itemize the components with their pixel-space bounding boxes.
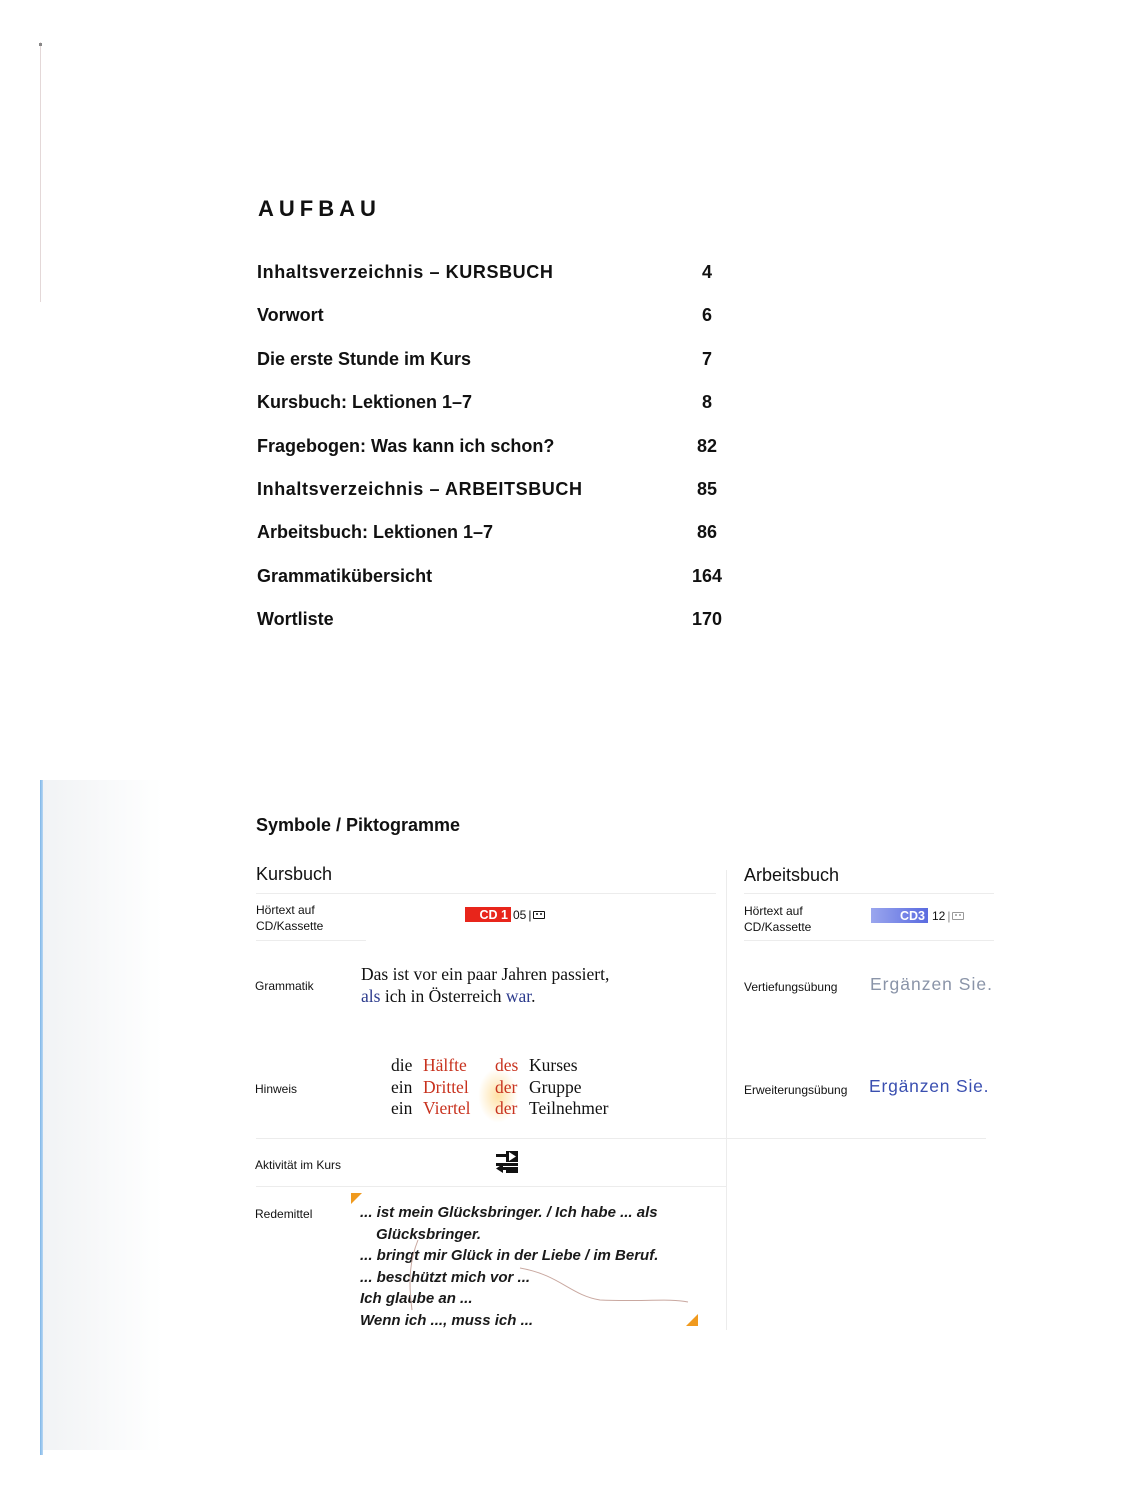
toc-entry[interactable]: Kursbuch: Lektionen 1–7 8 bbox=[257, 392, 727, 435]
separator: | bbox=[528, 908, 531, 922]
divider bbox=[256, 940, 366, 941]
aktivitaet-label: Aktivität im Kurs bbox=[255, 1157, 341, 1173]
toc-entry-page: 7 bbox=[687, 349, 727, 370]
highlight-word: war bbox=[506, 986, 531, 1006]
label-line: CD/Kassette bbox=[744, 919, 811, 935]
toc-entry-title: Inhaltsverzeichnis – ARBEITSBUCH bbox=[257, 479, 583, 500]
cassette-icon bbox=[533, 911, 545, 919]
toc-entry[interactable]: Wortliste 170 bbox=[257, 609, 727, 652]
word: die bbox=[391, 1055, 423, 1077]
toc-entry[interactable]: Inhaltsverzeichnis – ARBEITSBUCH 85 bbox=[257, 479, 727, 522]
divider bbox=[744, 940, 994, 941]
toc-entry-title: Inhaltsverzeichnis – KURSBUCH bbox=[257, 262, 553, 283]
vertiefung-label: Vertiefungsübung bbox=[744, 979, 837, 995]
cd-label: CD 1 bbox=[465, 907, 511, 922]
divider bbox=[256, 893, 716, 894]
toc-entry-title: Die erste Stunde im Kurs bbox=[257, 349, 471, 370]
toc-entry[interactable]: Fragebogen: Was kann ich schon? 82 bbox=[257, 436, 727, 479]
word: Teilnehmer bbox=[529, 1098, 608, 1120]
toc-entry-page: 164 bbox=[687, 566, 727, 587]
column-divider bbox=[726, 870, 727, 1330]
toc-entry-page: 4 bbox=[687, 262, 727, 283]
scan-hair-artifact bbox=[400, 1240, 700, 1320]
page-edge-mark bbox=[39, 43, 42, 46]
toc-entry[interactable]: Vorwort 6 bbox=[257, 305, 727, 348]
word: Kurses bbox=[529, 1055, 578, 1077]
arbeitsbuch-heading: Arbeitsbuch bbox=[744, 865, 839, 886]
highlight-word: des bbox=[495, 1055, 529, 1077]
toc-entry[interactable]: Inhaltsverzeichnis – KURSBUCH 4 bbox=[257, 262, 727, 305]
toc-entry-title: Wortliste bbox=[257, 609, 334, 630]
label-line: CD/Kassette bbox=[256, 918, 323, 934]
kursbuch-heading: Kursbuch bbox=[256, 864, 332, 885]
toc-entry-title: Kursbuch: Lektionen 1–7 bbox=[257, 392, 472, 413]
erweiterung-label: Erweiterungsübung bbox=[744, 1082, 847, 1098]
exchange-arrows-icon bbox=[495, 1150, 519, 1174]
separator: | bbox=[947, 909, 950, 923]
toc-entry-page: 86 bbox=[687, 522, 727, 543]
toc-entry-page: 85 bbox=[687, 479, 727, 500]
highlight-word: als bbox=[361, 986, 380, 1006]
toc-entry-title: Grammatikübersicht bbox=[257, 566, 432, 587]
text: ich in Österreich bbox=[380, 986, 505, 1006]
toc-entry-page: 82 bbox=[687, 436, 727, 457]
toc-entry-title: Arbeitsbuch: Lektionen 1–7 bbox=[257, 522, 493, 543]
cassette-icon bbox=[952, 912, 964, 920]
toc-entry-title: Vorwort bbox=[257, 305, 324, 326]
divider bbox=[256, 1186, 726, 1187]
highlight-word: Viertel bbox=[423, 1098, 495, 1120]
page-shadow bbox=[43, 780, 163, 1450]
highlight-word: Drittel bbox=[423, 1077, 495, 1099]
highlight-word: Hälfte bbox=[423, 1055, 495, 1077]
redemittel-line: ... ist mein Glücksbringer. / Ich habe .… bbox=[360, 1202, 658, 1224]
erweiterung-example: Ergänzen Sie. bbox=[869, 1076, 989, 1097]
track-number: 05 bbox=[513, 908, 526, 922]
highlight-word: der bbox=[495, 1098, 529, 1120]
toc-entry-page: 6 bbox=[687, 305, 727, 326]
toc-entry[interactable]: Die erste Stunde im Kurs 7 bbox=[257, 349, 727, 392]
cd-badge-arbeitsbuch: CD3 12 | bbox=[871, 908, 964, 923]
word: ein bbox=[391, 1077, 423, 1099]
label-line: Hörtext auf bbox=[256, 902, 323, 918]
grammatik-line-2: als ich in Österreich war. bbox=[361, 985, 609, 1007]
toc-entry[interactable]: Arbeitsbuch: Lektionen 1–7 86 bbox=[257, 522, 727, 565]
corner-marker-icon bbox=[686, 1314, 698, 1326]
page-edge-line bbox=[40, 42, 41, 302]
toc-entry[interactable]: Grammatikübersicht 164 bbox=[257, 566, 727, 609]
hinweis-row: ein Drittel der Gruppe bbox=[391, 1077, 608, 1099]
hinweis-row: die Hälfte des Kurses bbox=[391, 1055, 608, 1077]
redemittel-label: Redemittel bbox=[255, 1206, 312, 1222]
toc-entry-page: 170 bbox=[687, 609, 727, 630]
grammatik-line-1: Das ist vor ein paar Jahren passiert, bbox=[361, 963, 609, 985]
page-edge-blue-strip bbox=[40, 780, 43, 1455]
hoertext-label-kb: Hörtext auf CD/Kassette bbox=[256, 902, 323, 934]
text: . bbox=[531, 986, 535, 1006]
table-of-contents: Inhaltsverzeichnis – KURSBUCH 4 Vorwort … bbox=[257, 262, 727, 653]
word: ein bbox=[391, 1098, 423, 1120]
grammatik-example: Das ist vor ein paar Jahren passiert, al… bbox=[361, 963, 609, 1007]
cd-badge-kursbuch: CD 1 05 | bbox=[465, 907, 545, 922]
vertiefung-example: Ergänzen Sie. bbox=[870, 974, 993, 995]
hinweis-example: die Hälfte des Kurses ein Drittel der Gr… bbox=[391, 1055, 608, 1120]
hoertext-label-ab: Hörtext auf CD/Kassette bbox=[744, 903, 811, 935]
hinweis-row: ein Viertel der Teilnehmer bbox=[391, 1098, 608, 1120]
label-line: Hörtext auf bbox=[744, 903, 811, 919]
cd-label: CD3 bbox=[871, 908, 928, 923]
toc-entry-page: 8 bbox=[687, 392, 727, 413]
divider bbox=[256, 1138, 986, 1139]
word: Gruppe bbox=[529, 1077, 581, 1099]
hinweis-label: Hinweis bbox=[255, 1081, 297, 1097]
grammatik-label: Grammatik bbox=[255, 978, 314, 994]
highlight-word: der bbox=[495, 1077, 529, 1099]
aufbau-title: AUFBAU bbox=[258, 196, 381, 222]
toc-entry-title: Fragebogen: Was kann ich schon? bbox=[257, 436, 554, 457]
divider bbox=[744, 893, 994, 894]
symbols-title: Symbole / Piktogramme bbox=[256, 815, 460, 836]
track-number: 12 bbox=[932, 909, 945, 923]
